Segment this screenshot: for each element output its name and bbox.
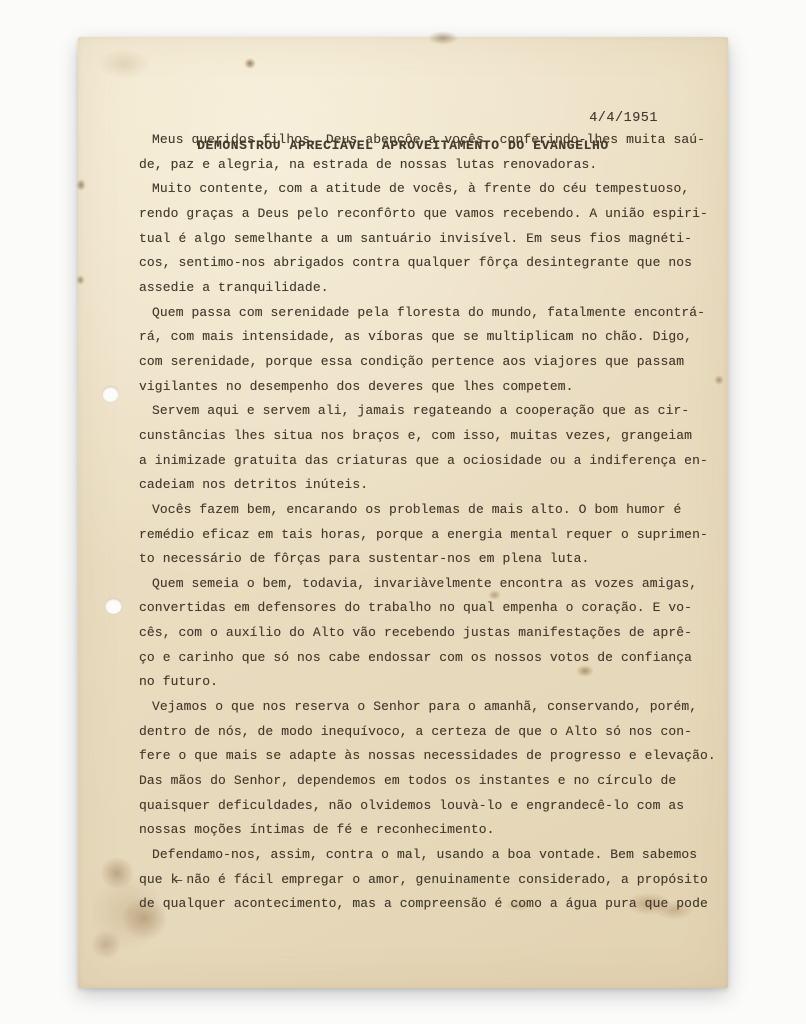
text-line: dentro de nós, de modo inequívoco, a cer… — [139, 720, 721, 745]
text-line: convertidas em defensores do trabalho no… — [139, 596, 721, 621]
text-line: que k̶ não é fácil empregar o amor, genu… — [139, 868, 721, 893]
text-line: Servem aqui e servem ali, jamais regatea… — [139, 399, 721, 424]
text-line: vigilantes no desempenho dos deveres que… — [139, 375, 721, 400]
text-line: cunstâncias lhes situa nos braços e, com… — [139, 424, 721, 449]
document-date: 4/4/1951 — [589, 111, 658, 126]
document-page: 4/4/1951 DEMONSTROU APRECIÁVEL APROVEITA… — [78, 37, 728, 988]
text-line: Meus queridos filhos, Deus abençôe a voc… — [139, 128, 721, 153]
text-line: a inimizade gratuita das criaturas que a… — [139, 449, 721, 474]
text-line: de qualquer acontecimento, mas a compree… — [139, 892, 721, 917]
text-line: com serenidade, porque essa condição per… — [139, 350, 721, 375]
text-line: remédio eficaz em tais horas, porque a e… — [139, 523, 721, 548]
photo-backdrop: 4/4/1951 DEMONSTROU APRECIÁVEL APROVEITA… — [0, 0, 806, 1024]
paragraph: Vejamos o que nos reserva o Senhor para … — [139, 695, 721, 843]
text-line: assedie a tranquilidade. — [139, 276, 721, 301]
paragraph: Muito contente, com a atitude de vocês, … — [139, 177, 721, 300]
paper-stain — [98, 49, 150, 79]
paper-stain — [244, 58, 256, 69]
text-line: Quem passa com serenidade pela floresta … — [139, 301, 721, 326]
text-line: cadeiam nos detritos inúteis. — [139, 473, 721, 498]
punch-hole — [102, 386, 119, 402]
document-body: Meus queridos filhos, Deus abençôe a voc… — [139, 128, 721, 917]
paragraph: Defendamo-nos, assim, contra o mal, usan… — [139, 843, 721, 917]
text-line: de, paz e alegria, na estrada de nossas … — [139, 153, 721, 178]
text-line: to necessário de fôrças para sustentar-n… — [139, 547, 721, 572]
text-line: rá, com mais intensidade, as víboras que… — [139, 325, 721, 350]
text-line: Vejamos o que nos reserva o Senhor para … — [139, 695, 721, 720]
text-line: Quem semeia o bem, todavia, invariàvelme… — [139, 572, 721, 597]
text-line: tual é algo semelhante a um santuário in… — [139, 227, 721, 252]
paragraph: Meus queridos filhos, Deus abençôe a voc… — [139, 128, 721, 177]
text-line: Das mãos do Senhor, dependemos em todos … — [139, 769, 721, 794]
paragraph: Quem passa com serenidade pela floresta … — [139, 301, 721, 400]
paragraph: Vocês fazem bem, encarando os problemas … — [139, 498, 721, 572]
text-line: rendo graças a Deus pelo reconfôrto que … — [139, 202, 721, 227]
paper-stain — [76, 275, 85, 285]
text-line: Muito contente, com a atitude de vocês, … — [139, 177, 721, 202]
paragraph: Servem aqui e servem ali, jamais regatea… — [139, 399, 721, 498]
text-line: quaisquer deficuldades, não olvidemos lo… — [139, 794, 721, 819]
text-line: cos, sentimo-nos abrigados contra qualqu… — [139, 251, 721, 276]
punch-hole — [105, 598, 122, 614]
text-line: cês, com o auxílio do Alto vão recebendo… — [139, 621, 721, 646]
text-line: ço e carinho que só nos cabe endossar co… — [139, 646, 721, 671]
text-line: Defendamo-nos, assim, contra o mal, usan… — [139, 843, 721, 868]
text-line: no futuro. — [139, 670, 721, 695]
text-line: fere o que mais se adapte às nossas nece… — [139, 744, 721, 769]
text-line: nossas moções íntimas de fé e reconhecim… — [139, 818, 721, 843]
text-line: Vocês fazem bem, encarando os problemas … — [139, 498, 721, 523]
paper-stain — [76, 179, 86, 191]
paper-stain — [428, 31, 458, 45]
paragraph: Quem semeia o bem, todavia, invariàvelme… — [139, 572, 721, 695]
